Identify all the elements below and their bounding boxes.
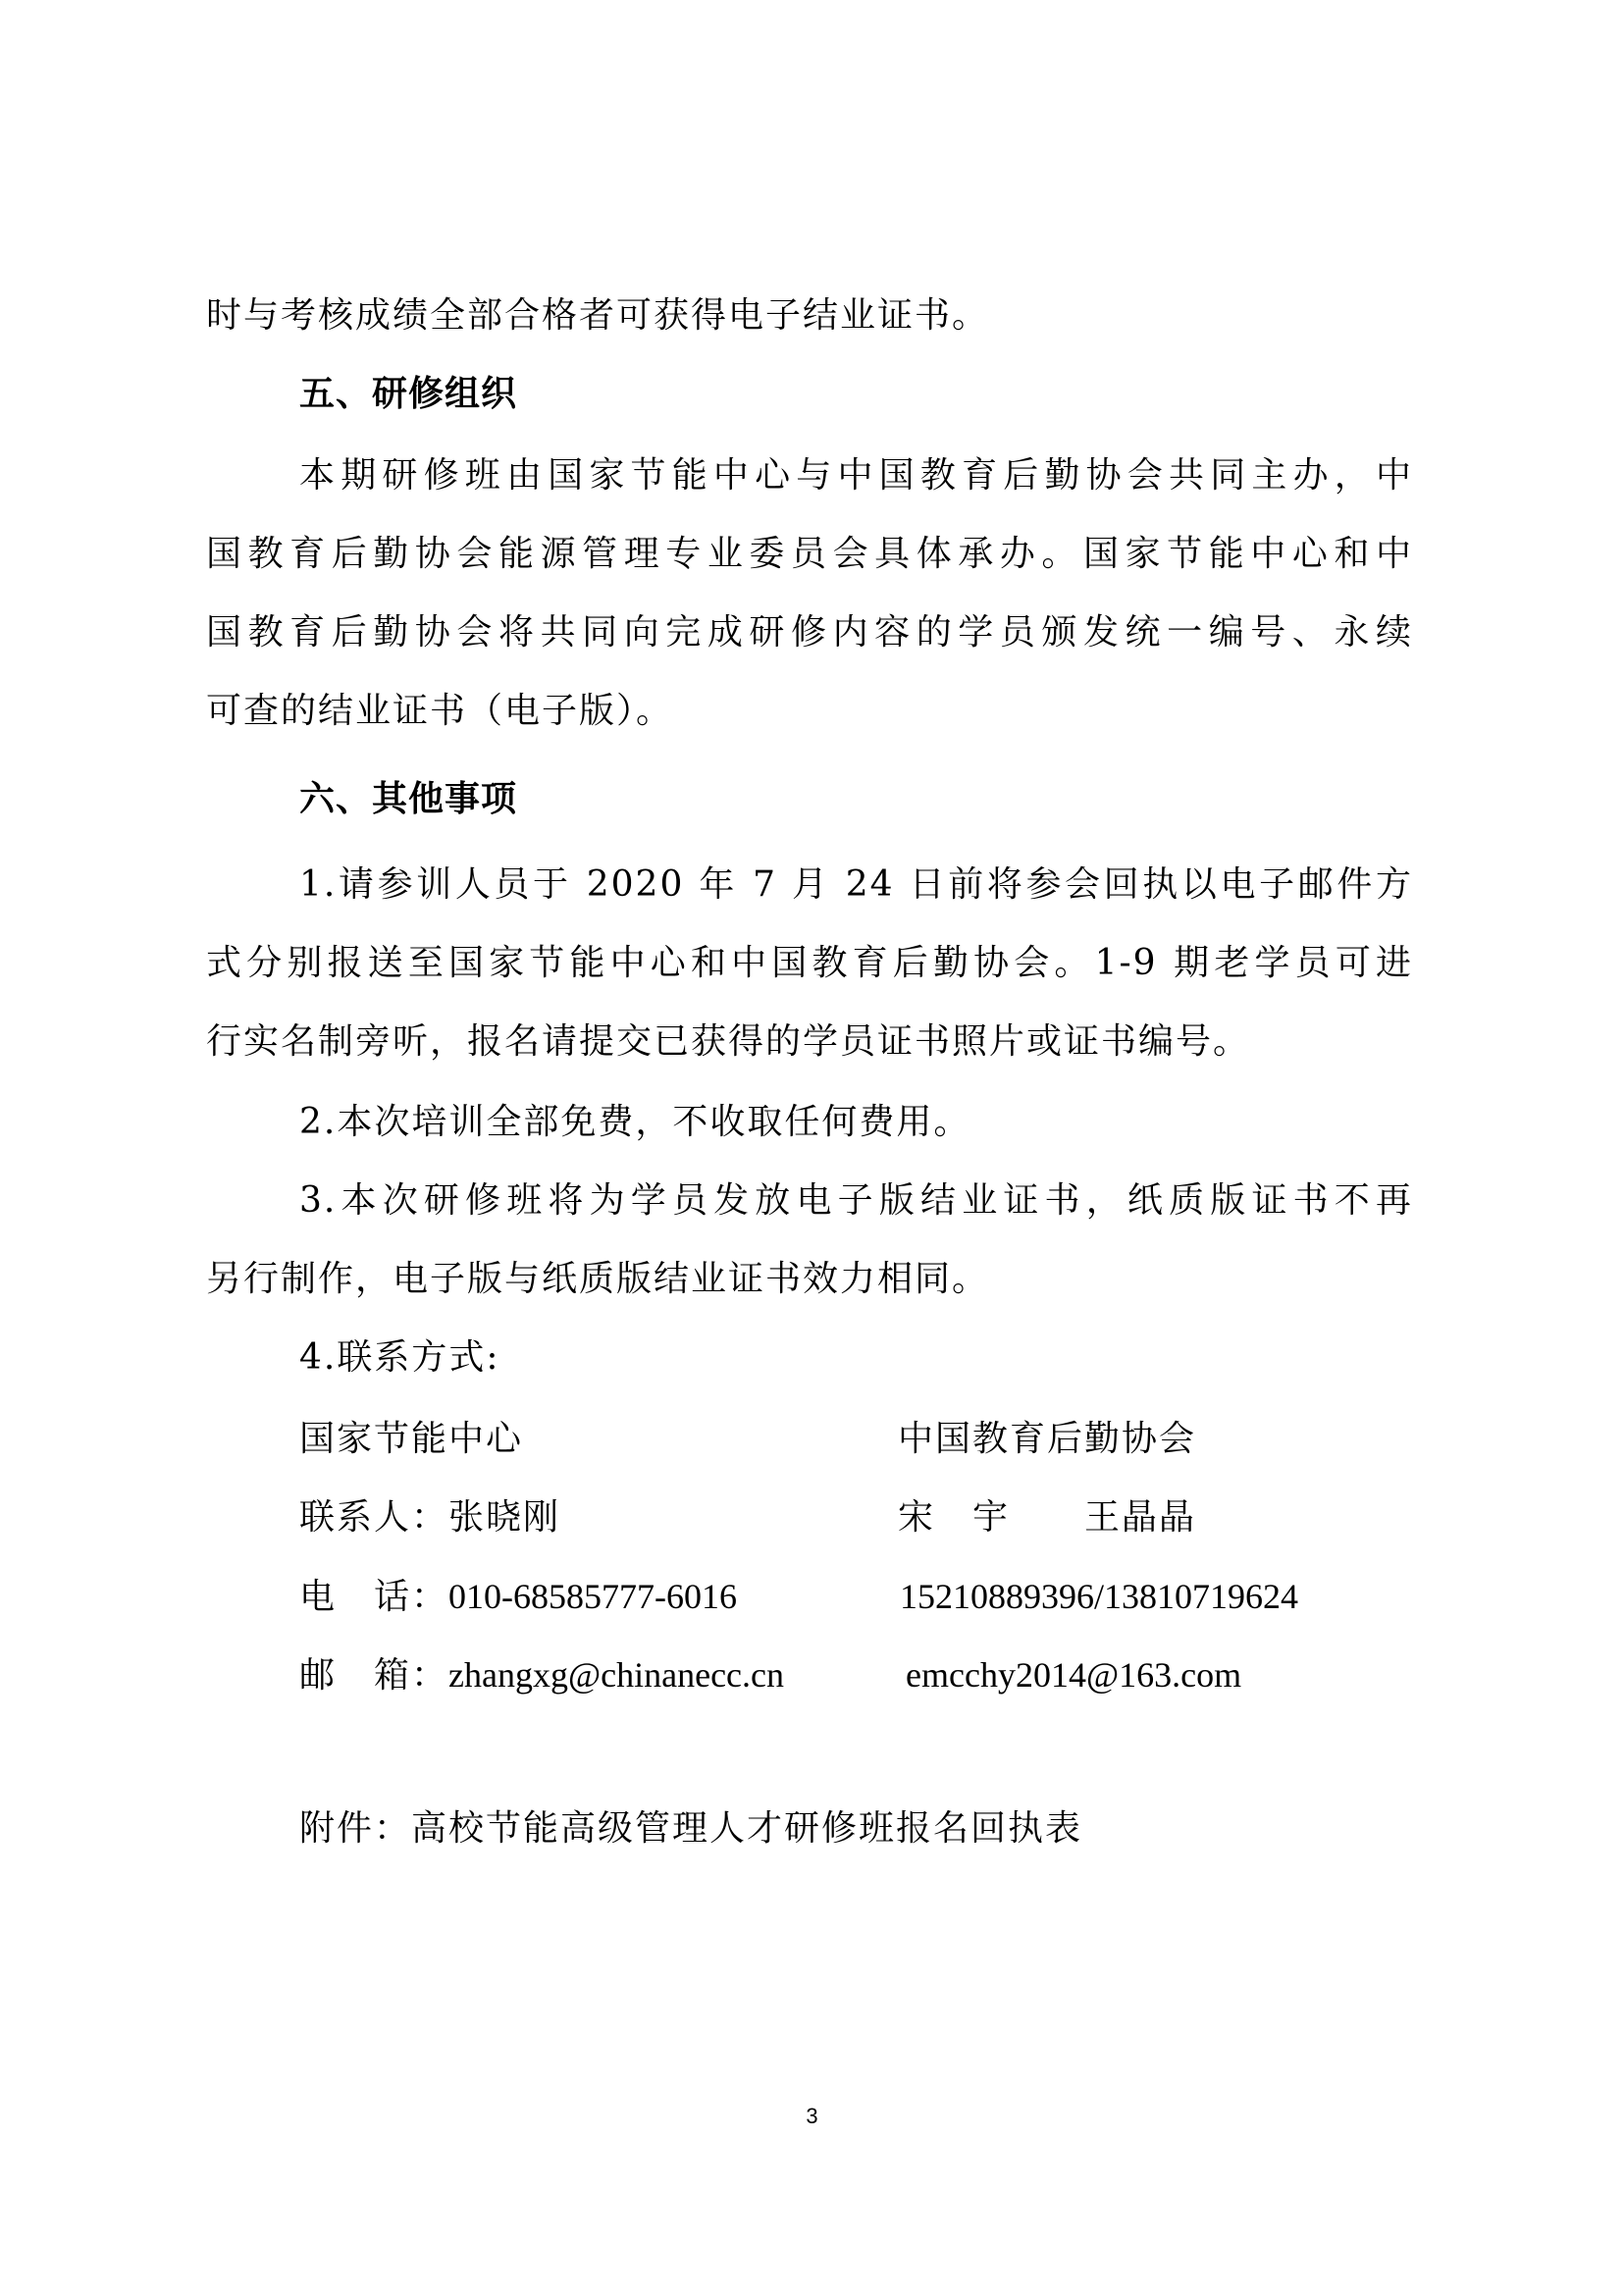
item1-line-3: 行实名制旁听，报名请提交已获得的学员证书照片或证书编号。: [206, 1020, 1250, 1064]
section5-paragraph-line-3: 国教育后勤协会将共同向完成研修内容的学员颁发统一编号、永续: [206, 611, 1413, 654]
right-person: 宋 宇 王晶晶: [898, 1496, 1196, 1539]
document-page: 时与考核成绩全部合格者可获得电子结业证书。 五、研修组织 本期研修班由国家节能中…: [0, 0, 1624, 2296]
left-email-link[interactable]: zhangxg@chinanecc.cn: [448, 1655, 784, 1695]
section6-heading: 六、其他事项: [299, 778, 517, 821]
left-person: 联系人：张晓刚: [299, 1496, 560, 1539]
left-org: 国家节能中心: [299, 1418, 523, 1461]
item2-text: 2.本次培训全部免费，不收取任何费用。: [299, 1101, 970, 1144]
right-phone: 15210889396/13810719624: [900, 1575, 1298, 1618]
item3-line-1: 3.本次研修班将为学员发放电子版结业证书，纸质版证书不再: [299, 1179, 1413, 1223]
left-phone-group: 电 话：010-68585777-6016: [299, 1575, 737, 1619]
section5-paragraph-line-1: 本期研修班由国家节能中心与中国教育后勤协会共同主办，中: [299, 454, 1413, 497]
email-label: 邮 箱：: [299, 1655, 448, 1696]
right-email-link[interactable]: emcchy2014@163.com: [906, 1653, 1241, 1696]
intro-tail-text: 时与考核成绩全部合格者可获得电子结业证书。: [206, 294, 989, 338]
section5-paragraph-line-2: 国教育后勤协会能源管理专业委员会具体承办。国家节能中心和中: [206, 533, 1413, 576]
page-number: 3: [0, 2104, 1624, 2129]
right-org: 中国教育后勤协会: [898, 1418, 1196, 1461]
section5-paragraph-line-4: 可查的结业证书（电子版）。: [206, 690, 673, 733]
phone-label: 电 话：: [299, 1577, 448, 1617]
left-phone: 010-68585777-6016: [448, 1577, 737, 1616]
section5-heading: 五、研修组织: [299, 373, 517, 416]
item1-line-2: 式分别报送至国家节能中心和中国教育后勤协会。1-9 期老学员可进: [206, 942, 1413, 985]
left-email-group: 邮 箱：zhangxg@chinanecc.cn: [299, 1653, 784, 1697]
item3-line-2: 另行制作，电子版与纸质版结业证书效力相同。: [206, 1258, 989, 1301]
item4-label: 4.联系方式:: [299, 1336, 499, 1380]
attachment-text: 附件：高校节能高级管理人才研修班报名回执表: [299, 1807, 1082, 1851]
item1-line-1: 1.请参训人员于 2020 年 7 月 24 日前将参会回执以电子邮件方: [299, 863, 1413, 907]
